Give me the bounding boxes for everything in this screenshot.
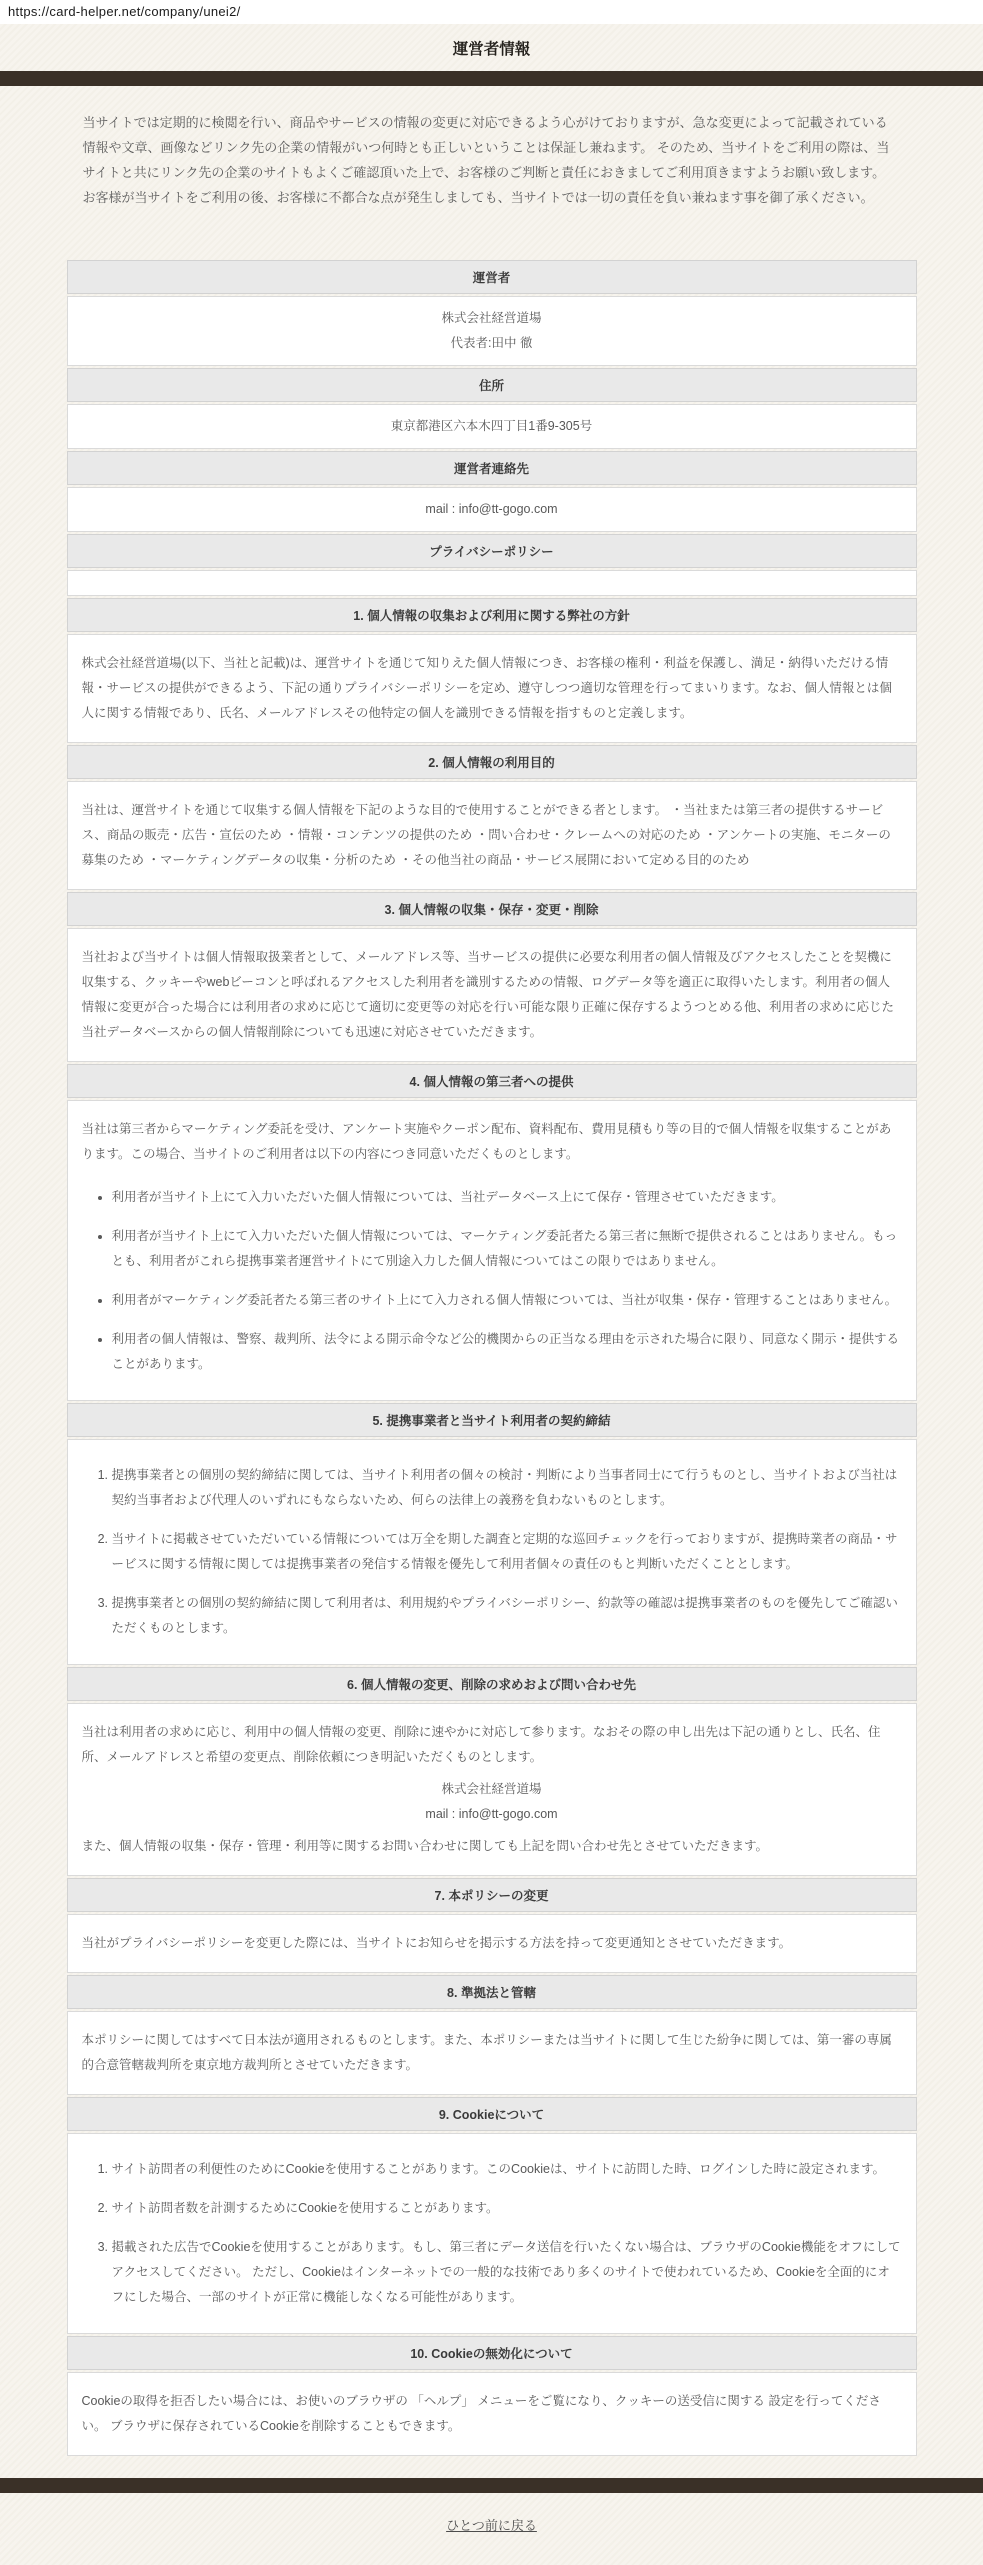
representative-name: 代表者:田中 徹 xyxy=(82,331,902,356)
intro-paragraph: 当サイトでは定期的に検閲を行い、商品やサービスの情報の変更に対応できるよう心がけ… xyxy=(83,110,901,210)
row-address-value: 東京都港区六本木四丁目1番9-305号 xyxy=(67,404,917,449)
list-item: 掲載された広告でCookieを使用することがあります。もし、第三者にデータ送信を… xyxy=(112,2235,902,2310)
section-5-body: 提携事業者との個別の契約締結に関しては、当サイト利用者の個々の検討・判断により当… xyxy=(67,1439,917,1665)
company-name: 株式会社経営道場 xyxy=(82,306,902,331)
paragraph: 当社は第三者からマーケティング委託を受け、アンケート実施やクーポン配布、資料配布… xyxy=(82,1117,902,1167)
section-1-body: 株式会社経営道場(以下、当社と記載)は、運営サイトを通じて知りえた個人情報につき… xyxy=(67,634,917,743)
top-divider-bar xyxy=(0,71,983,86)
paragraph: 当社および当サイトは個人情報取扱業者として、メールアドレス等、当サービスの提供に… xyxy=(82,945,902,1045)
numbered-list: 提携事業者との個別の契約締結に関しては、当サイト利用者の個々の検討・判断により当… xyxy=(82,1463,902,1641)
paragraph: 本ポリシーに関してはすべて日本法が適用されるものとします。また、本ポリシーまたは… xyxy=(82,2028,902,2078)
list-item: 当サイトに掲載させていただいている情報については万全を期した調査と定期的な巡回チ… xyxy=(112,1527,902,1577)
row-header-contact: 運営者連絡先 xyxy=(67,451,917,485)
url-strip: https://card-helper.net/company/unei2/ xyxy=(0,0,983,24)
section-8-body: 本ポリシーに関してはすべて日本法が適用されるものとします。また、本ポリシーまたは… xyxy=(67,2011,917,2095)
paragraph: 当社は利用者の求めに応じ、利用中の個人情報の変更、削除に速やかに対応して参ります… xyxy=(82,1720,902,1770)
paragraph: 当社がプライバシーポリシーを変更した際には、当サイトにお知らせを掲示する方法を持… xyxy=(82,1931,902,1956)
list-item: 提携事業者との個別の契約締結に関しては、当サイト利用者の個々の検討・判断により当… xyxy=(112,1463,902,1513)
list-item: 利用者がマーケティング委託者たる第三者のサイト上にて入力される個人情報については… xyxy=(112,1288,902,1313)
section-7-heading: 7. 本ポリシーの変更 xyxy=(67,1878,917,1912)
paragraph: 当社は、運営サイトを通じて収集する個人情報を下記のような目的で使用することができ… xyxy=(82,798,902,873)
section-4-body: 当社は第三者からマーケティング委託を受け、アンケート実施やクーポン配布、資料配布… xyxy=(67,1100,917,1401)
section-9-body: サイト訪問者の利便性のためにCookieを使用することがあります。このCooki… xyxy=(67,2133,917,2334)
section-7-body: 当社がプライバシーポリシーを変更した際には、当サイトにお知らせを掲示する方法を持… xyxy=(67,1914,917,1973)
list-item: 提携事業者との個別の契約締結に関して利用者は、利用規約やプライバシーポリシー、約… xyxy=(112,1591,902,1641)
row-operator-value: 株式会社経営道場 代表者:田中 徹 xyxy=(67,296,917,366)
section-10-body: Cookieの取得を拒否したい場合には、お使いのブラウザの 「ヘルプ」 メニュー… xyxy=(67,2372,917,2456)
paragraph: Cookieの取得を拒否したい場合には、お使いのブラウザの 「ヘルプ」 メニュー… xyxy=(82,2389,902,2439)
page: https://card-helper.net/company/unei2/ 運… xyxy=(0,0,983,2565)
contact-email: mail : info@tt-gogo.com xyxy=(82,1802,902,1827)
row-header-privacy-policy: プライバシーポリシー xyxy=(67,534,917,568)
row-contact-value: mail : info@tt-gogo.com xyxy=(67,487,917,532)
bottom-divider-bar xyxy=(0,2478,983,2493)
section-2-heading: 2. 個人情報の利用目的 xyxy=(67,745,917,779)
footer: ひとつ前に戻る xyxy=(0,2493,983,2565)
list-item: 利用者が当サイト上にて入力いただいた個人情報については、当社データベース上にて保… xyxy=(112,1185,902,1210)
page-title: 運営者情報 xyxy=(0,24,983,71)
numbered-list: サイト訪問者の利便性のためにCookieを使用することがあります。このCooki… xyxy=(82,2157,902,2310)
operator-info-table: 運営者 株式会社経営道場 代表者:田中 徹 住所 東京都港区六本木四丁目1番9-… xyxy=(67,260,917,2456)
list-item: 利用者の個人情報は、警察、裁判所、法令による開示命令など公的機関からの正当なる理… xyxy=(112,1327,902,1377)
section-5-heading: 5. 提携事業者と当サイト利用者の契約締結 xyxy=(67,1403,917,1437)
section-6-heading: 6. 個人情報の変更、削除の求めおよび問い合わせ先 xyxy=(67,1667,917,1701)
row-header-operator: 運営者 xyxy=(67,260,917,294)
list-item: 利用者が当サイト上にて入力いただいた個人情報については、マーケティング委託者たる… xyxy=(112,1224,902,1274)
list-item: サイト訪問者の利便性のためにCookieを使用することがあります。このCooki… xyxy=(112,2157,902,2182)
section-3-heading: 3. 個人情報の収集・保存・変更・削除 xyxy=(67,892,917,926)
list-item: サイト訪問者数を計測するためにCookieを使用することがあります。 xyxy=(112,2196,902,2221)
paragraph: 株式会社経営道場(以下、当社と記載)は、運営サイトを通じて知りえた個人情報につき… xyxy=(82,651,902,726)
page-url: https://card-helper.net/company/unei2/ xyxy=(8,4,241,19)
section-6-body: 当社は利用者の求めに応じ、利用中の個人情報の変更、削除に速やかに対応して参ります… xyxy=(67,1703,917,1876)
section-10-heading: 10. Cookieの無効化について xyxy=(67,2336,917,2370)
section-1-heading: 1. 個人情報の収集および利用に関する弊社の方針 xyxy=(67,598,917,632)
section-2-body: 当社は、運営サイトを通じて収集する個人情報を下記のような目的で使用することができ… xyxy=(67,781,917,890)
section-8-heading: 8. 準拠法と管轄 xyxy=(67,1975,917,2009)
bullet-list: 利用者が当サイト上にて入力いただいた個人情報については、当社データベース上にて保… xyxy=(82,1185,902,1377)
section-9-heading: 9. Cookieについて xyxy=(67,2097,917,2131)
row-empty xyxy=(67,570,917,596)
contact-company-name: 株式会社経営道場 xyxy=(82,1777,902,1802)
section-3-body: 当社および当サイトは個人情報取扱業者として、メールアドレス等、当サービスの提供に… xyxy=(67,928,917,1062)
paragraph: また、個人情報の収集・保存・管理・利用等に関するお問い合わせに関しても上記を問い… xyxy=(82,1834,902,1859)
back-link[interactable]: ひとつ前に戻る xyxy=(446,2518,537,2533)
section-4-heading: 4. 個人情報の第三者への提供 xyxy=(67,1064,917,1098)
row-header-address: 住所 xyxy=(67,368,917,402)
